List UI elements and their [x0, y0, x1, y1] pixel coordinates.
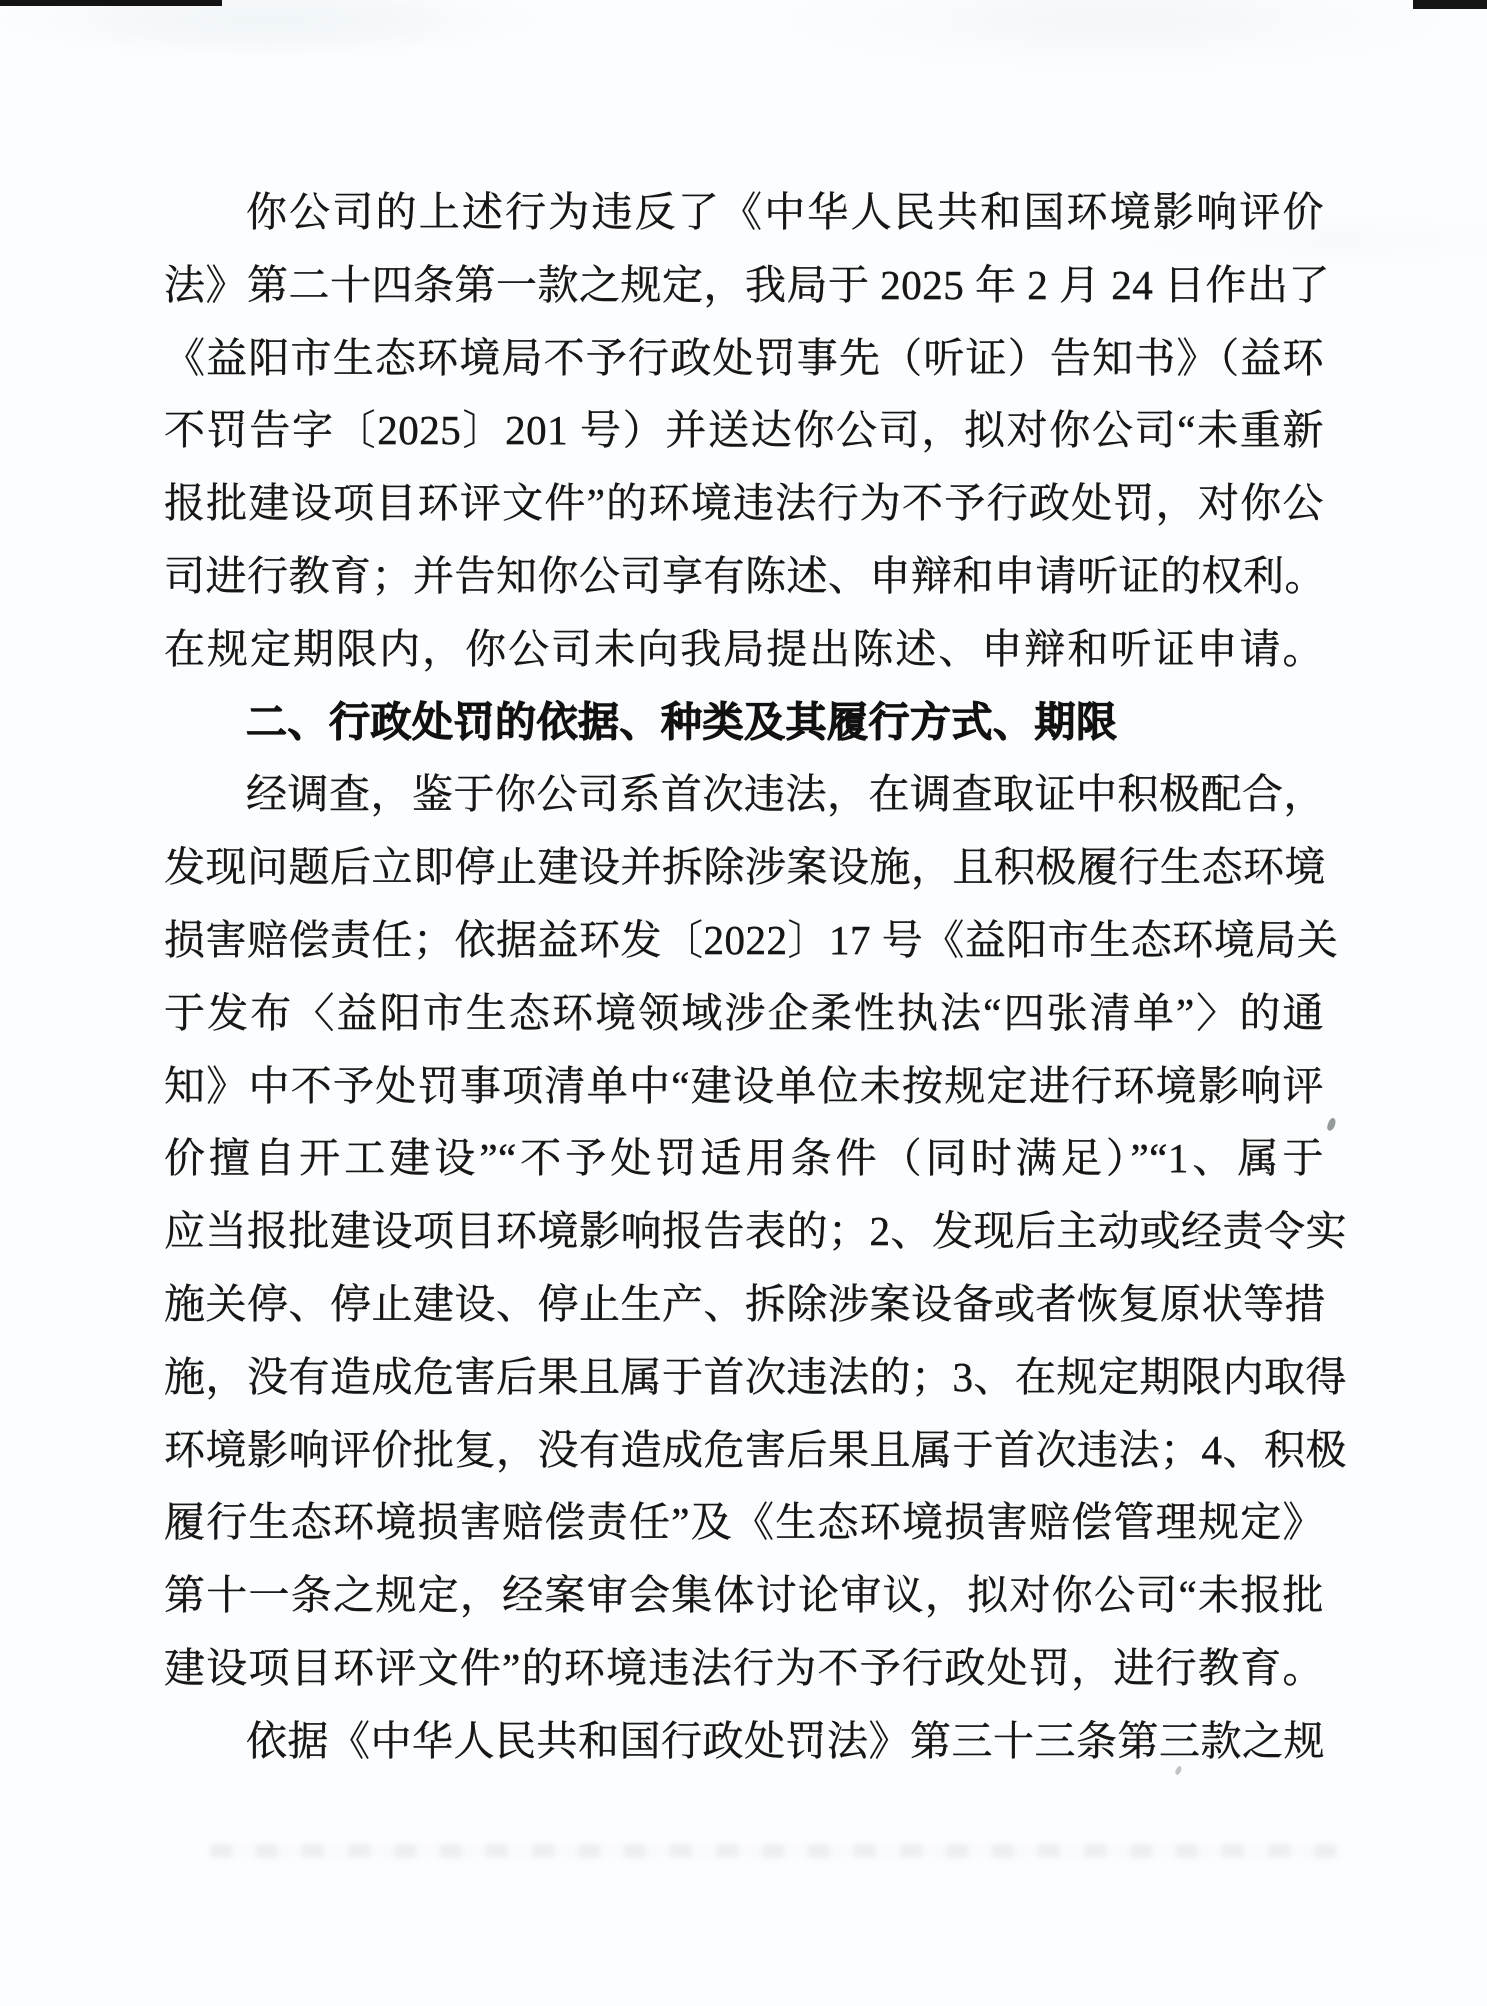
document-line: 依据《中华人民共和国行政处罚法》第三十三条第三款之规 [164, 1705, 1324, 1778]
scanned-document-page: 你公司的上述行为违反了《中华人民共和国环境影响评价法》第二十四条第一款之规定，我… [0, 0, 1487, 2006]
document-line: 价擅自开工建设”“不予处罚适用条件（同时满足）”“1、属于 [164, 1122, 1324, 1195]
scan-artifact-top-left-bar [0, 0, 222, 6]
document-line: 施，没有造成危害后果且属于首次违法的；3、在规定期限内取得 [164, 1341, 1324, 1414]
document-line: 法》第二十四条第一款之规定，我局于 2025 年 2 月 24 日作出了 [164, 249, 1324, 322]
document-line: 不罚告字〔2025〕201 号）并送达你公司，拟对你公司“未重新 [164, 394, 1324, 467]
document-line: 报批建设项目环评文件”的环境违法行为不予行政处罚，对你公 [164, 467, 1324, 540]
scan-speck [1326, 1117, 1338, 1132]
document-line: 经调查，鉴于你公司系首次违法，在调查取证中积极配合， [164, 758, 1324, 831]
document-line: 应当报批建设项目环境影响报告表的；2、发现后主动或经责令实 [164, 1195, 1324, 1268]
document-line: 发现问题后立即停止建设并拆除涉案设施，且积极履行生态环境 [164, 831, 1324, 904]
document-line: 环境影响评价批复，没有造成危害后果且属于首次违法；4、积极 [164, 1414, 1324, 1487]
document-line: 第十一条之规定，经案审会集体讨论审议，拟对你公司“未报批 [164, 1559, 1324, 1632]
section-heading: 二、行政处罚的依据、种类及其履行方式、期限 [164, 686, 1324, 759]
document-line: 施关停、停止建设、停止生产、拆除涉案设备或者恢复原状等措 [164, 1268, 1324, 1341]
document-line: 建设项目环评文件”的环境违法行为不予行政处罚，进行教育。 [164, 1632, 1324, 1705]
scan-artifact-top-right-bar [1413, 0, 1487, 9]
document-line: 于发布〈益阳市生态环境领域涉企柔性执法“四张清单”〉的通 [164, 977, 1324, 1050]
document-line: 司进行教育；并告知你公司享有陈述、申辩和申请听证的权利。 [164, 540, 1324, 613]
document-line: 履行生态环境损害赔偿责任”及《生态环境损害赔偿管理规定》 [164, 1486, 1324, 1559]
document-line: 在规定期限内，你公司未向我局提出陈述、申辩和听证申请。 [164, 613, 1324, 686]
document-line: 损害赔偿责任；依据益环发〔2022〕17 号《益阳市生态环境局关 [164, 904, 1324, 977]
scan-artifact-bottom-smudge [210, 1844, 1340, 1858]
document-line: 你公司的上述行为违反了《中华人民共和国环境影响评价 [164, 176, 1324, 249]
document-body: 你公司的上述行为违反了《中华人民共和国环境影响评价法》第二十四条第一款之规定，我… [164, 176, 1324, 1778]
document-line: 《益阳市生态环境局不予行政处罚事先（听证）告知书》（益环 [164, 322, 1324, 395]
document-line: 知》中不予处罚事项清单中“建设单位未按规定进行环境影响评 [164, 1050, 1324, 1123]
